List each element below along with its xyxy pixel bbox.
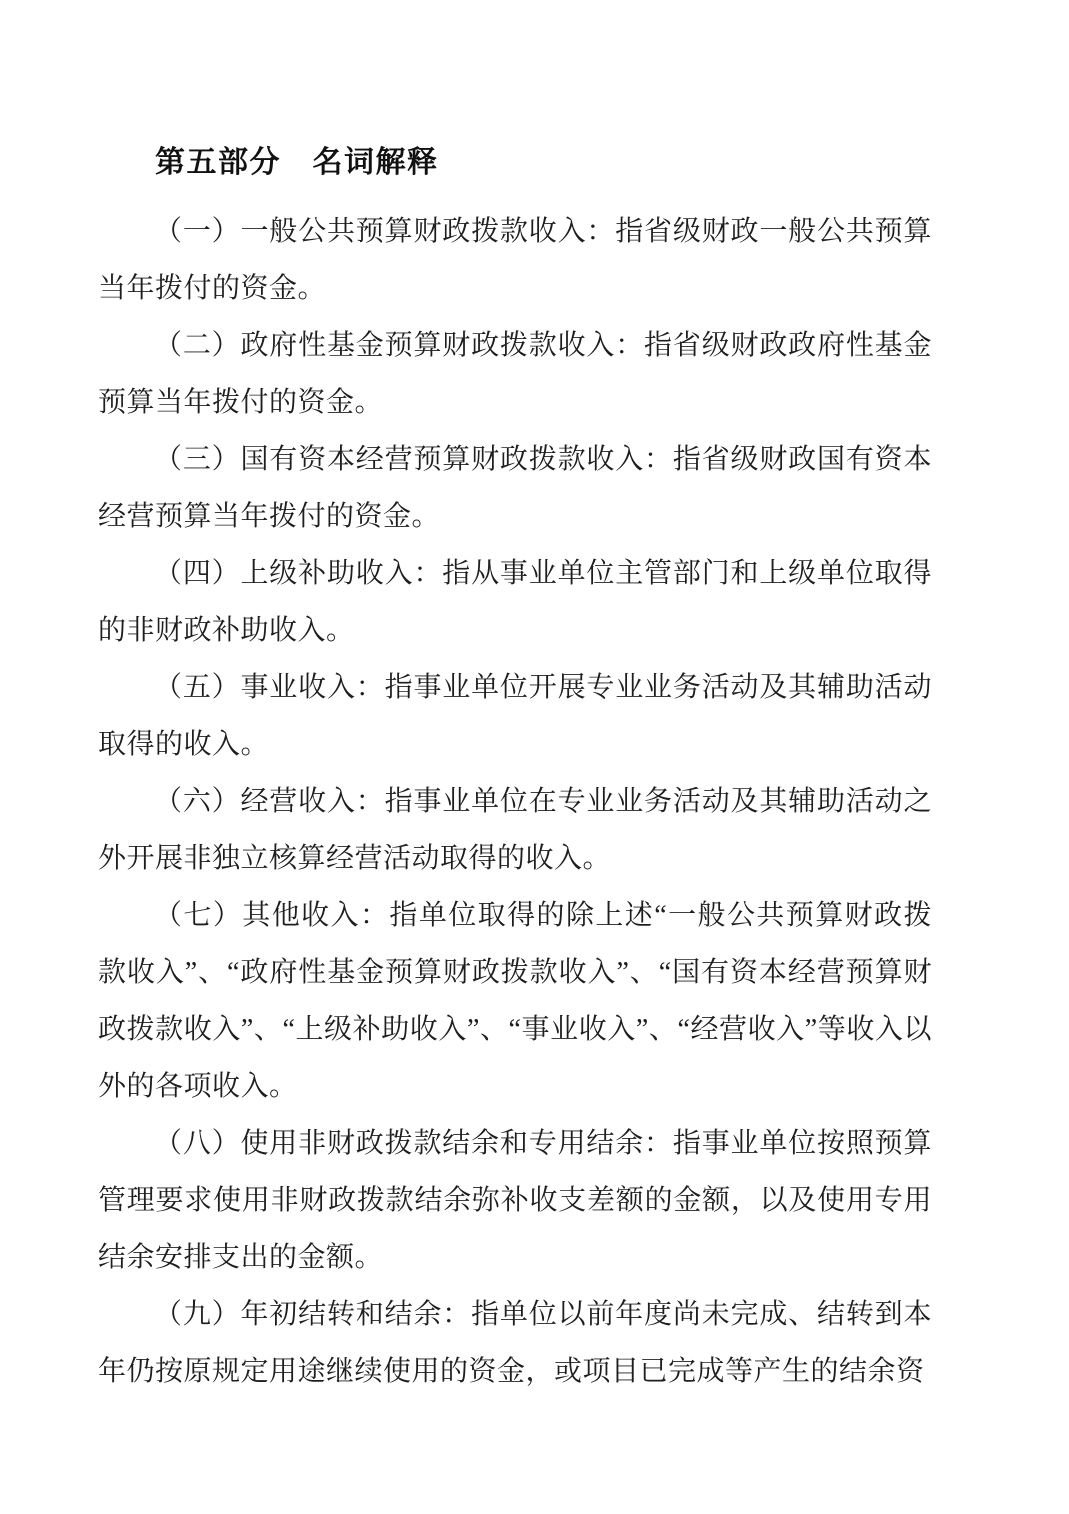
section-title: 第五部分 名词解释 (155, 134, 932, 191)
paragraph-definition-5: （五）事业收入：指事业单位开展专业业务活动及其辅助活动取得的收入。 (98, 659, 932, 773)
paragraph-definition-3: （三）国有资本经营预算财政拨款收入：指省级财政国有资本经营预算当年拨付的资金。 (98, 431, 932, 545)
paragraph-definition-4: （四）上级补助收入：指从事业单位主管部门和上级单位取得的非财政补助收入。 (98, 545, 932, 659)
paragraph-definition-8: （八）使用非财政拨款结余和专用结余：指事业单位按照预算管理要求使用非财政拨款结余… (98, 1115, 932, 1286)
document-page: 第五部分 名词解释 （一）一般公共预算财政拨款收入：指省级财政一般公共预算当年拨… (0, 0, 1069, 1514)
paragraph-definition-1: （一）一般公共预算财政拨款收入：指省级财政一般公共预算当年拨付的资金。 (98, 203, 932, 317)
paragraph-definition-7: （七）其他收入：指单位取得的除上述“一般公共预算财政拨款收入”、“政府性基金预算… (98, 887, 932, 1115)
paragraph-definition-2: （二）政府性基金预算财政拨款收入：指省级财政政府性基金预算当年拨付的资金。 (98, 317, 932, 431)
paragraph-definition-6: （六）经营收入：指事业单位在专业业务活动及其辅助活动之外开展非独立核算经营活动取… (98, 773, 932, 887)
paragraph-definition-9: （九）年初结转和结余：指单位以前年度尚未完成、结转到本年仍按原规定用途继续使用的… (98, 1286, 932, 1400)
